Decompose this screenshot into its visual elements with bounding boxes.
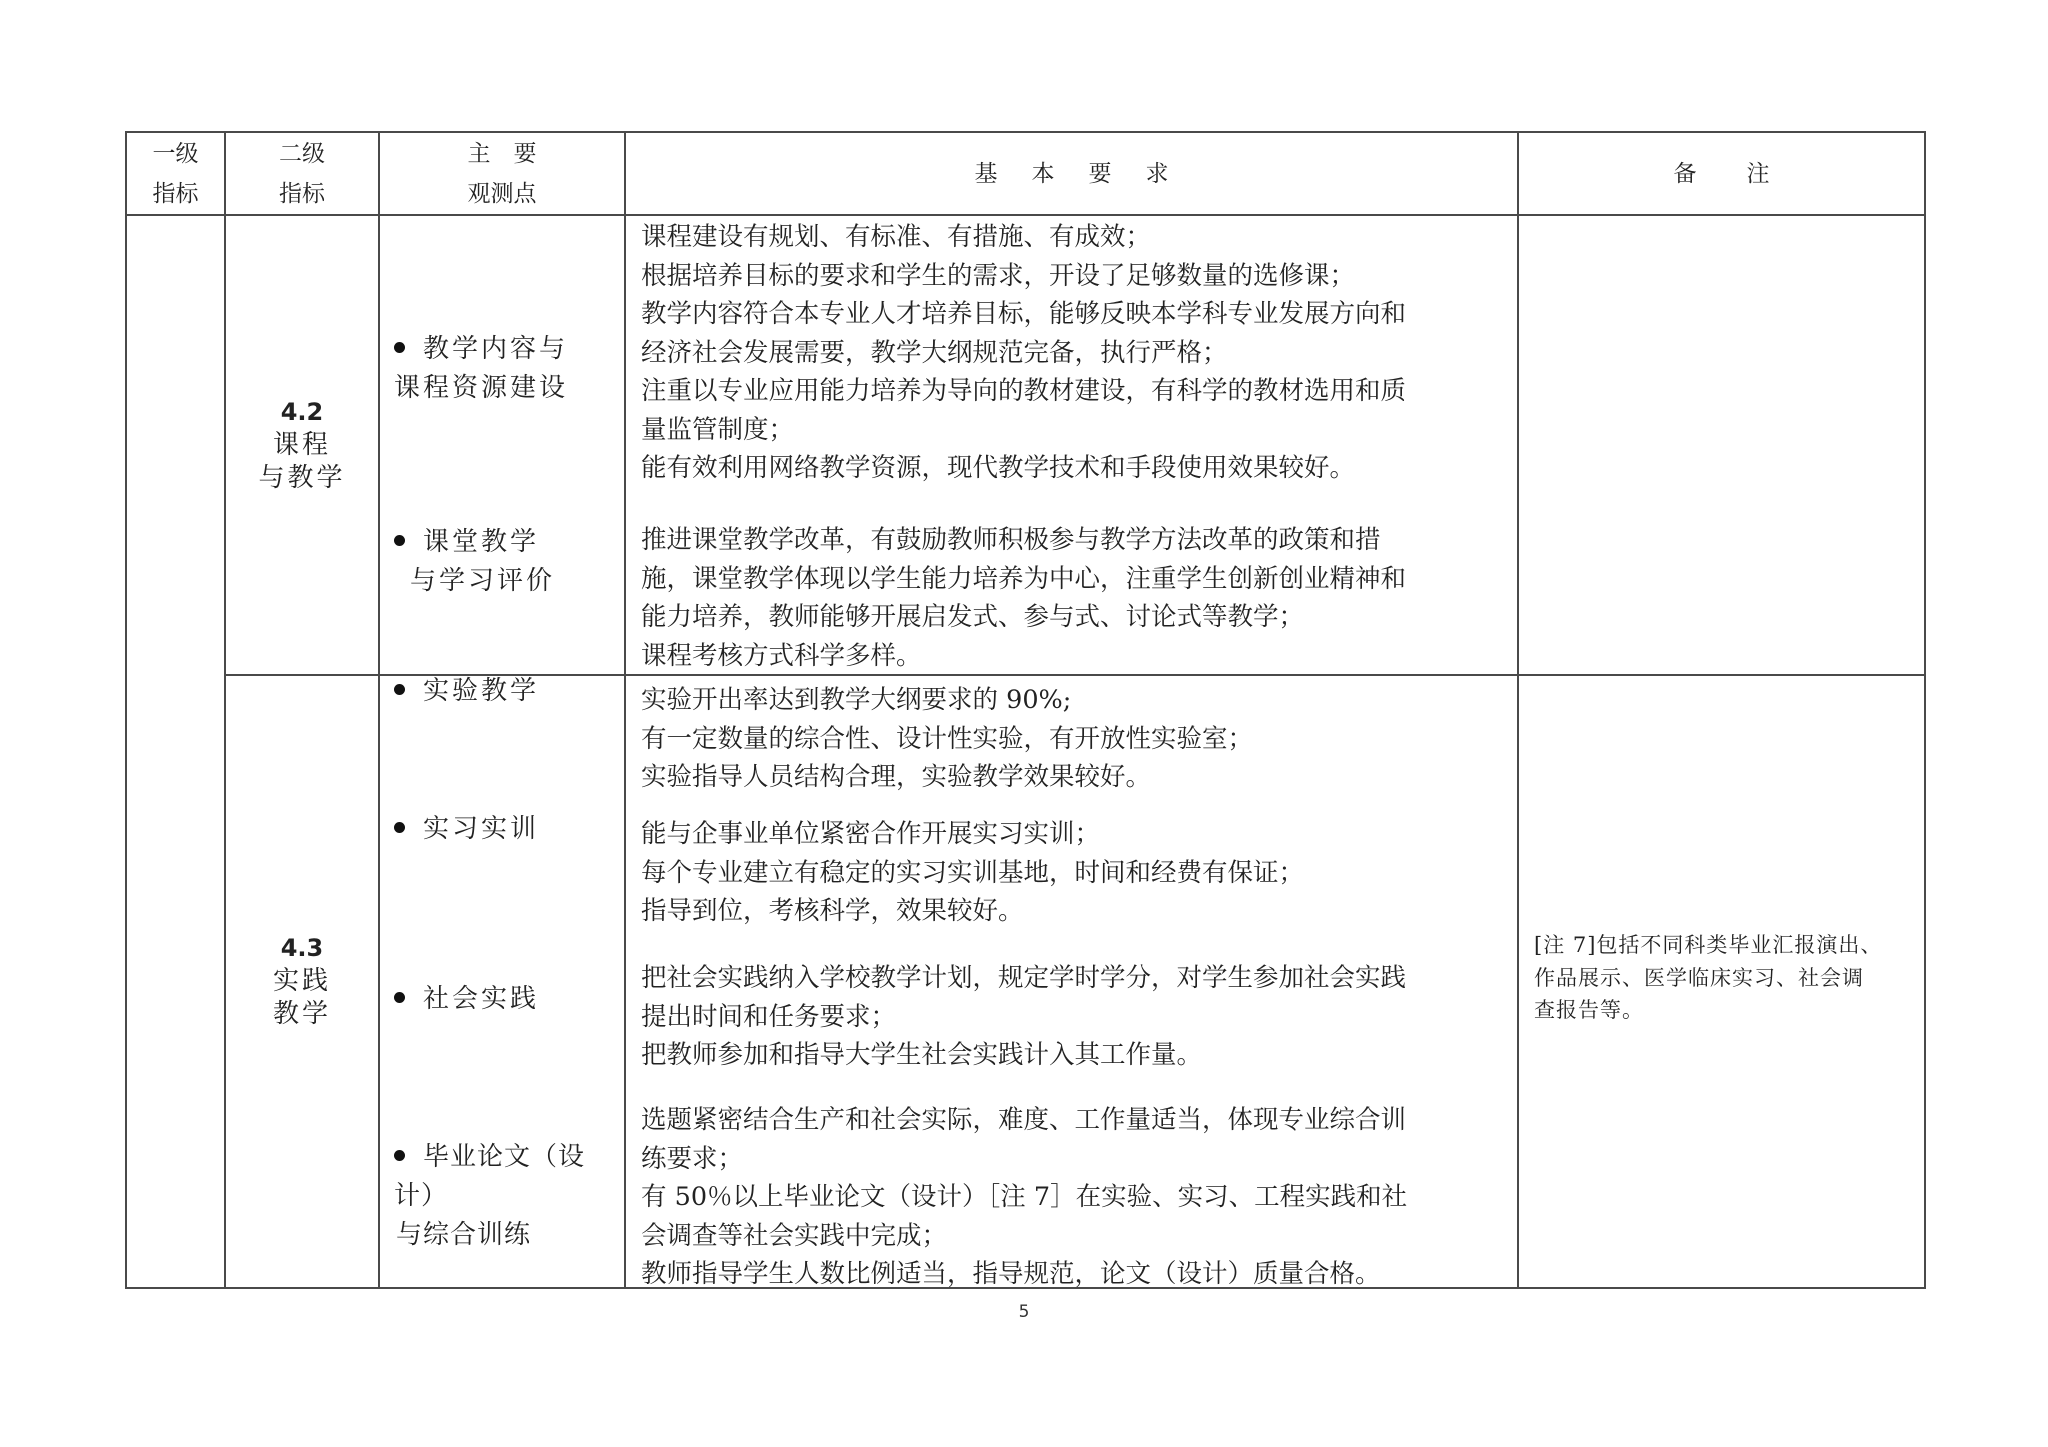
requirement-line: 选题紧密结合生产和社会实际，难度、工作量适当，体现专业综合训 <box>641 1101 1507 1140</box>
header-observation: 主 要 观测点 <box>379 132 625 215</box>
requirement-block: 能与企事业单位紧密合作开展实习实训； 每个专业建立有稳定的实习实训基地，时间和经… <box>641 815 1507 931</box>
requirement-line: 实验开出率达到教学大纲要求的 90%; <box>641 681 1507 720</box>
requirements-cell-4-2: 课程建设有规划、有标准、有措施、有成效； 根据培养目标的要求和学生的需求，开设了… <box>625 215 1518 675</box>
observation-point: 社会实践 <box>394 980 539 1019</box>
requirement-line: 量监管制度； <box>641 411 1507 450</box>
observation-point: 实验教学 <box>394 672 539 711</box>
header-observation-line2: 观测点 <box>380 174 624 214</box>
bullet-icon <box>394 1150 405 1161</box>
table-row: 4.2 课程 与教学 教学内容与 课程资源建设 课堂教学 与学习评价 <box>126 215 1925 675</box>
level2-name-line1: 课程 <box>226 429 378 462</box>
requirement-line: 把社会实践纳入学校教学计划，规定学时学分，对学生参加社会实践 <box>641 959 1507 998</box>
requirement-line: 把教师参加和指导大学生社会实践计入其工作量。 <box>641 1036 1507 1075</box>
level2-number: 4.2 <box>226 396 378 429</box>
observation-text: 课程资源建设 <box>394 373 568 403</box>
level2-cell-4-2: 4.2 课程 与教学 <box>225 215 379 675</box>
requirement-block: 课程建设有规划、有标准、有措施、有成效； 根据培养目标的要求和学生的需求，开设了… <box>641 218 1507 488</box>
requirement-line: 能有效利用网络教学资源，现代教学技术和手段使用效果较好。 <box>641 449 1507 488</box>
requirement-line: 实验指导人员结构合理，实验教学效果较好。 <box>641 758 1507 797</box>
requirement-line: 推进课堂教学改革，有鼓励教师积极参与教学方法改革的政策和措 <box>641 521 1507 560</box>
bullet-icon <box>394 535 405 546</box>
table-row: 4.3 实践 教学 实验教学 实习实训 社会实践 毕业论文（设计） <box>126 675 1925 1288</box>
note-line: [注 7]包括不同科类毕业汇报演出、 <box>1534 929 1914 962</box>
requirement-line: 指导到位，考核科学，效果较好。 <box>641 892 1507 931</box>
observation-point: 毕业论文（设计） 与综合训练 <box>394 1138 624 1255</box>
requirement-line: 课程建设有规划、有标准、有措施、有成效； <box>641 218 1507 257</box>
requirement-line: 每个专业建立有稳定的实习实训基地，时间和经费有保证； <box>641 854 1507 893</box>
requirement-line: 能力培养，教师能够开展启发式、参与式、讨论式等教学； <box>641 598 1507 637</box>
note-text: [注 7]包括不同科类毕业汇报演出、 作品展示、医学临床实习、社会调 查报告等。 <box>1534 929 1914 1027</box>
level2-cell-4-3: 4.3 实践 教学 <box>225 675 379 1288</box>
header-level1: 一级 指标 <box>126 132 225 215</box>
bullet-icon <box>394 684 405 695</box>
level2-name-line2: 教学 <box>226 998 378 1031</box>
observation-point: 实习实训 <box>394 810 539 849</box>
table-header-row: 一级 指标 二级 指标 主 要 观测点 基本要求 备注 <box>126 132 1925 215</box>
observation-text: 实习实训 <box>423 814 539 844</box>
requirement-line: 有一定数量的综合性、设计性实验，有开放性实验室； <box>641 720 1507 759</box>
header-notes: 备注 <box>1518 132 1925 215</box>
header-level1-line1: 一级 <box>127 134 224 174</box>
requirement-line: 根据培养目标的要求和学生的需求，开设了足够数量的选修课； <box>641 257 1507 296</box>
level2-name-line1: 实践 <box>226 965 378 998</box>
note-line: 作品展示、医学临床实习、社会调 <box>1534 962 1914 995</box>
observation-cell-4-2: 教学内容与 课程资源建设 课堂教学 与学习评价 <box>379 215 625 675</box>
header-level2-line2: 指标 <box>226 174 378 214</box>
level1-cell <box>126 215 225 1288</box>
header-level2-line1: 二级 <box>226 134 378 174</box>
observation-text: 毕业论文（设计） <box>394 1142 585 1211</box>
requirement-line: 经济社会发展需要，教学大纲规范完备，执行严格； <box>641 334 1507 373</box>
requirement-line: 有 50％以上毕业论文（设计）［注 7］在实验、实习、工程实践和社 <box>641 1178 1507 1217</box>
observation-text: 与学习评价 <box>394 566 555 596</box>
requirement-line: 会调查等社会实践中完成； <box>641 1217 1507 1256</box>
requirement-block: 实验开出率达到教学大纲要求的 90%; 有一定数量的综合性、设计性实验，有开放性… <box>641 681 1507 797</box>
observation-text: 与综合训练 <box>394 1220 531 1250</box>
header-level2: 二级 指标 <box>225 132 379 215</box>
header-requirements: 基本要求 <box>625 132 1518 215</box>
page-number: 5 <box>0 1302 2048 1322</box>
header-notes-label: 备注 <box>1624 161 1820 187</box>
level2-number: 4.3 <box>226 932 378 965</box>
observation-text: 社会实践 <box>423 984 539 1014</box>
observation-point: 教学内容与 课程资源建设 <box>394 330 568 408</box>
bullet-icon <box>394 992 405 1003</box>
requirement-block: 推进课堂教学改革，有鼓励教师积极参与教学方法改革的政策和措 施，课堂教学体现以学… <box>641 521 1507 675</box>
requirement-line: 练要求； <box>641 1140 1507 1179</box>
indicator-table: 一级 指标 二级 指标 主 要 观测点 基本要求 备注 <box>125 131 1926 1289</box>
observation-cell-4-3: 实验教学 实习实训 社会实践 毕业论文（设计） 与综合训练 <box>379 675 625 1288</box>
requirement-block: 选题紧密结合生产和社会实际，难度、工作量适当，体现专业综合训 练要求； 有 50… <box>641 1101 1507 1294</box>
observation-text: 教学内容与 <box>423 334 568 364</box>
header-level1-line2: 指标 <box>127 174 224 214</box>
requirement-line: 教师指导学生人数比例适当，指导规范，论文（设计）质量合格。 <box>641 1255 1507 1294</box>
requirement-line: 能与企事业单位紧密合作开展实习实训； <box>641 815 1507 854</box>
requirements-cell-4-3: 实验开出率达到教学大纲要求的 90%; 有一定数量的综合性、设计性实验，有开放性… <box>625 675 1518 1288</box>
requirement-line: 施，课堂教学体现以学生能力培养为中心，注重学生创新创业精神和 <box>641 560 1507 599</box>
requirement-line: 提出时间和任务要求； <box>641 998 1507 1037</box>
note-line: 查报告等。 <box>1534 994 1914 1027</box>
observation-text: 课堂教学 <box>423 527 539 557</box>
requirement-block: 把社会实践纳入学校教学计划，规定学时学分，对学生参加社会实践 提出时间和任务要求… <box>641 959 1507 1075</box>
header-observation-line1: 主 要 <box>380 134 624 174</box>
requirement-line: 注重以专业应用能力培养为导向的教材建设，有科学的教材选用和质 <box>641 372 1507 411</box>
bullet-icon <box>394 342 405 353</box>
requirement-line: 教学内容符合本专业人才培养目标，能够反映本学科专业发展方向和 <box>641 295 1507 334</box>
bullet-icon <box>394 822 405 833</box>
requirement-line: 课程考核方式科学多样。 <box>641 637 1507 676</box>
document-page: 一级 指标 二级 指标 主 要 观测点 基本要求 备注 <box>0 0 2048 1447</box>
notes-cell-4-3: [注 7]包括不同科类毕业汇报演出、 作品展示、医学临床实习、社会调 查报告等。 <box>1518 675 1925 1288</box>
observation-point: 课堂教学 与学习评价 <box>394 523 555 601</box>
level2-name-line2: 与教学 <box>226 462 378 495</box>
header-requirements-label: 基本要求 <box>941 161 1203 187</box>
notes-cell-4-2 <box>1518 215 1925 675</box>
observation-text: 实验教学 <box>423 676 539 706</box>
